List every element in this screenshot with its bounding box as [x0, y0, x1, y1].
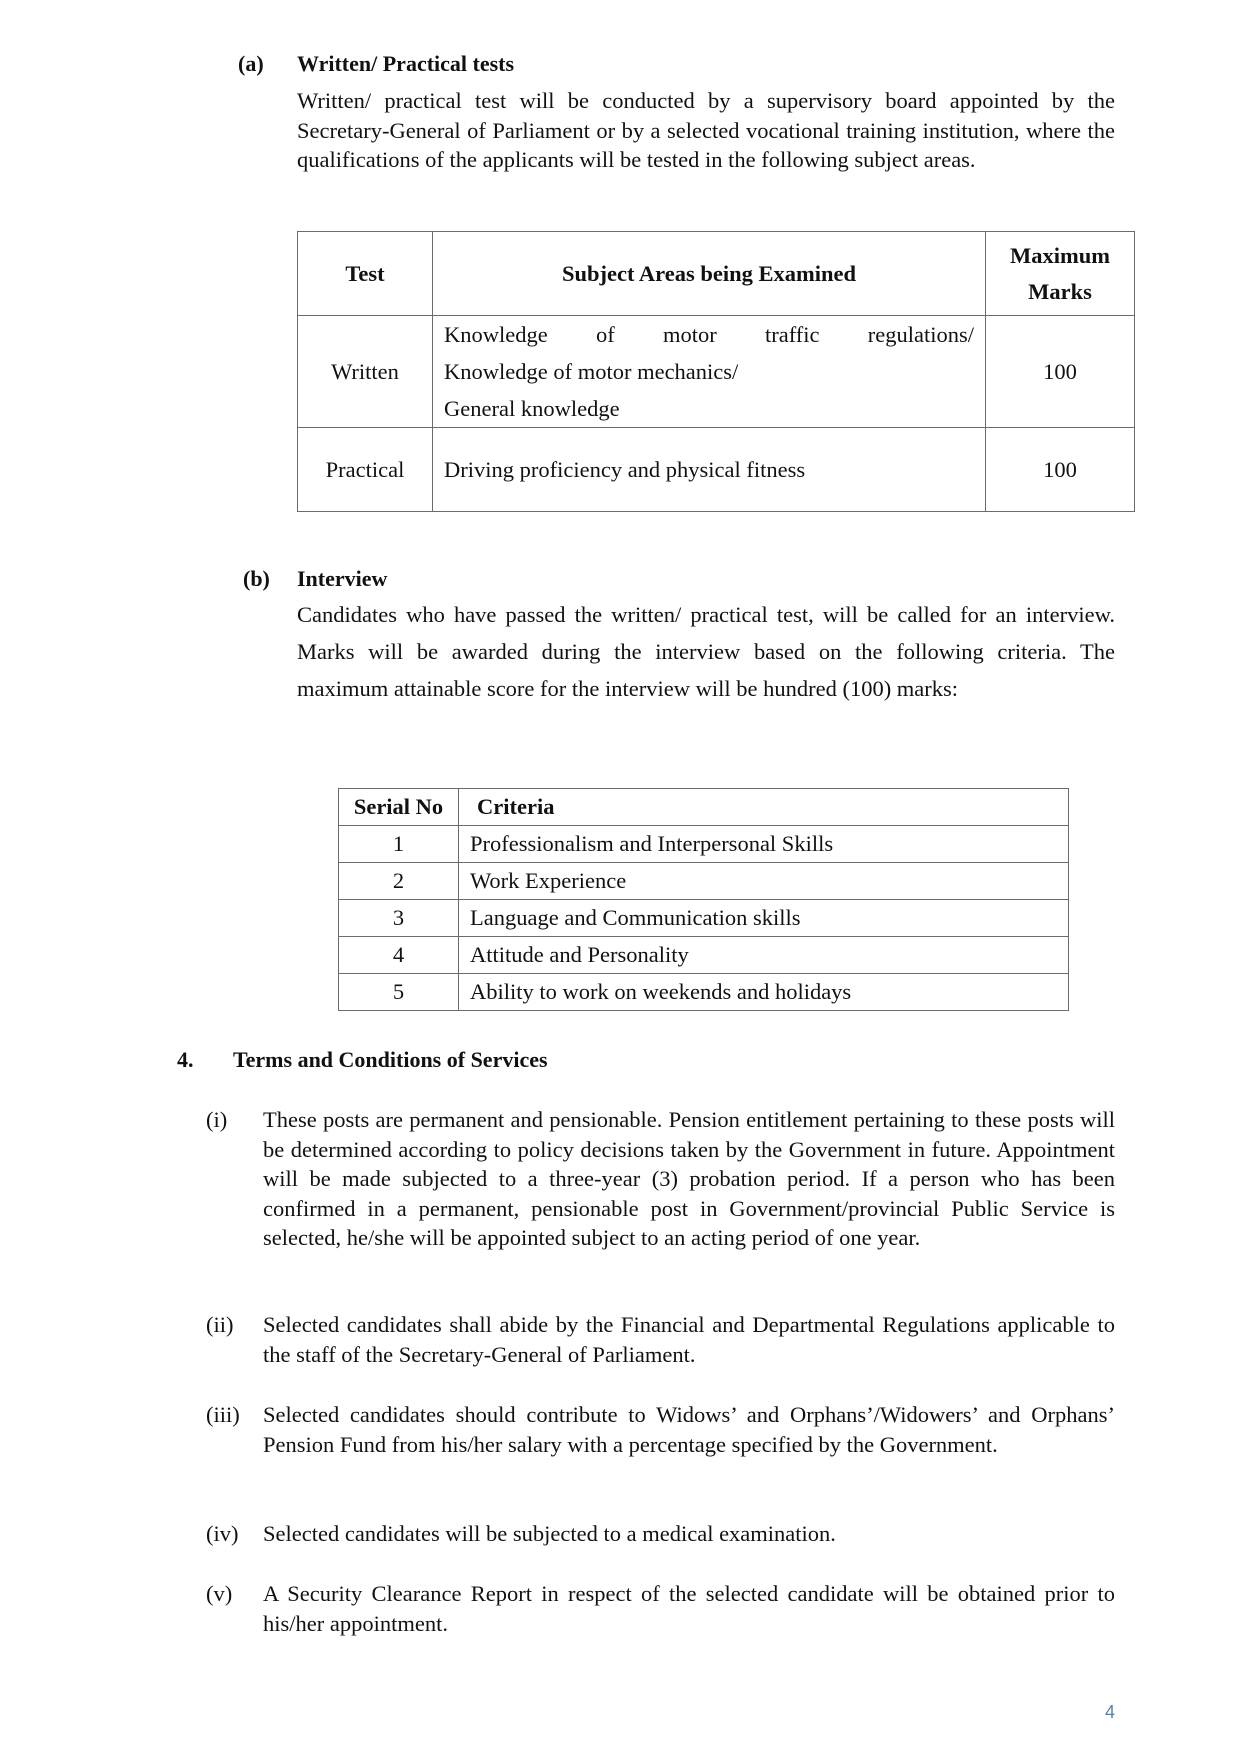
header-marks-line1: Maximum: [1010, 243, 1110, 268]
header-criteria: Criteria: [459, 789, 1069, 826]
section-a-label: (a): [238, 50, 264, 78]
header-serial: Serial No: [339, 789, 459, 826]
header-marks: Maximum Marks: [986, 232, 1135, 316]
cell-subject: Driving proficiency and physical fitness: [433, 428, 986, 512]
header-subject: Subject Areas being Examined: [433, 232, 986, 316]
subject-line: Knowledge of motor traffic regulations/: [444, 316, 974, 353]
table-row: 3 Language and Communication skills: [339, 900, 1069, 937]
section-4-number: 4.: [177, 1046, 194, 1074]
cell-criteria: Language and Communication skills: [459, 900, 1069, 937]
cell-serial: 1: [339, 826, 459, 863]
section-b-title: Interview: [297, 565, 387, 593]
cell-subject: Knowledge of motor traffic regulations/ …: [433, 316, 986, 428]
table-header-row: Test Subject Areas being Examined Maximu…: [298, 232, 1135, 316]
term-label: (ii): [206, 1310, 234, 1340]
term-label: (iii): [206, 1400, 240, 1430]
term-text: These posts are permanent and pensionabl…: [263, 1105, 1115, 1253]
term-text: Selected candidates shall abide by the F…: [263, 1310, 1115, 1369]
cell-marks: 100: [986, 428, 1135, 512]
header-marks-line2: Marks: [1028, 279, 1092, 304]
table-row: 4 Attitude and Personality: [339, 937, 1069, 974]
cell-test: Practical: [298, 428, 433, 512]
header-test: Test: [298, 232, 433, 316]
cell-criteria: Attitude and Personality: [459, 937, 1069, 974]
page-number: 4: [1105, 1702, 1115, 1723]
term-text: Selected candidates should contribute to…: [263, 1400, 1115, 1459]
table-header-row: Serial No Criteria: [339, 789, 1069, 826]
table-row: 5 Ability to work on weekends and holida…: [339, 974, 1069, 1011]
term-text: A Security Clearance Report in respect o…: [263, 1579, 1115, 1638]
cell-serial: 2: [339, 863, 459, 900]
section-b-paragraph: Candidates who have passed the written/ …: [297, 596, 1115, 707]
cell-criteria: Ability to work on weekends and holidays: [459, 974, 1069, 1011]
table-row: 2 Work Experience: [339, 863, 1069, 900]
section-a-title: Written/ Practical tests: [297, 50, 514, 78]
cell-serial: 5: [339, 974, 459, 1011]
section-b-label: (b): [243, 565, 270, 593]
table-row: 1 Professionalism and Interpersonal Skil…: [339, 826, 1069, 863]
term-label: (v): [206, 1579, 232, 1609]
cell-test: Written: [298, 316, 433, 428]
term-label: (iv): [206, 1519, 239, 1549]
term-text: Selected candidates will be subjected to…: [263, 1519, 1115, 1549]
cell-serial: 4: [339, 937, 459, 974]
section-4-title: Terms and Conditions of Services: [233, 1046, 548, 1074]
table-row: Written Knowledge of motor traffic regul…: [298, 316, 1135, 428]
cell-marks: 100: [986, 316, 1135, 428]
cell-criteria: Work Experience: [459, 863, 1069, 900]
interview-criteria-table: Serial No Criteria 1 Professionalism and…: [338, 788, 1069, 1011]
subject-line: Driving proficiency and physical fitness: [444, 457, 805, 482]
test-subjects-table: Test Subject Areas being Examined Maximu…: [297, 231, 1135, 512]
subject-line: General knowledge: [444, 390, 974, 427]
cell-criteria: Professionalism and Interpersonal Skills: [459, 826, 1069, 863]
cell-serial: 3: [339, 900, 459, 937]
table-row: Practical Driving proficiency and physic…: [298, 428, 1135, 512]
subject-line: Knowledge of motor mechanics/: [444, 353, 974, 390]
term-label: (i): [206, 1105, 227, 1135]
section-a-paragraph: Written/ practical test will be conducte…: [297, 86, 1115, 175]
